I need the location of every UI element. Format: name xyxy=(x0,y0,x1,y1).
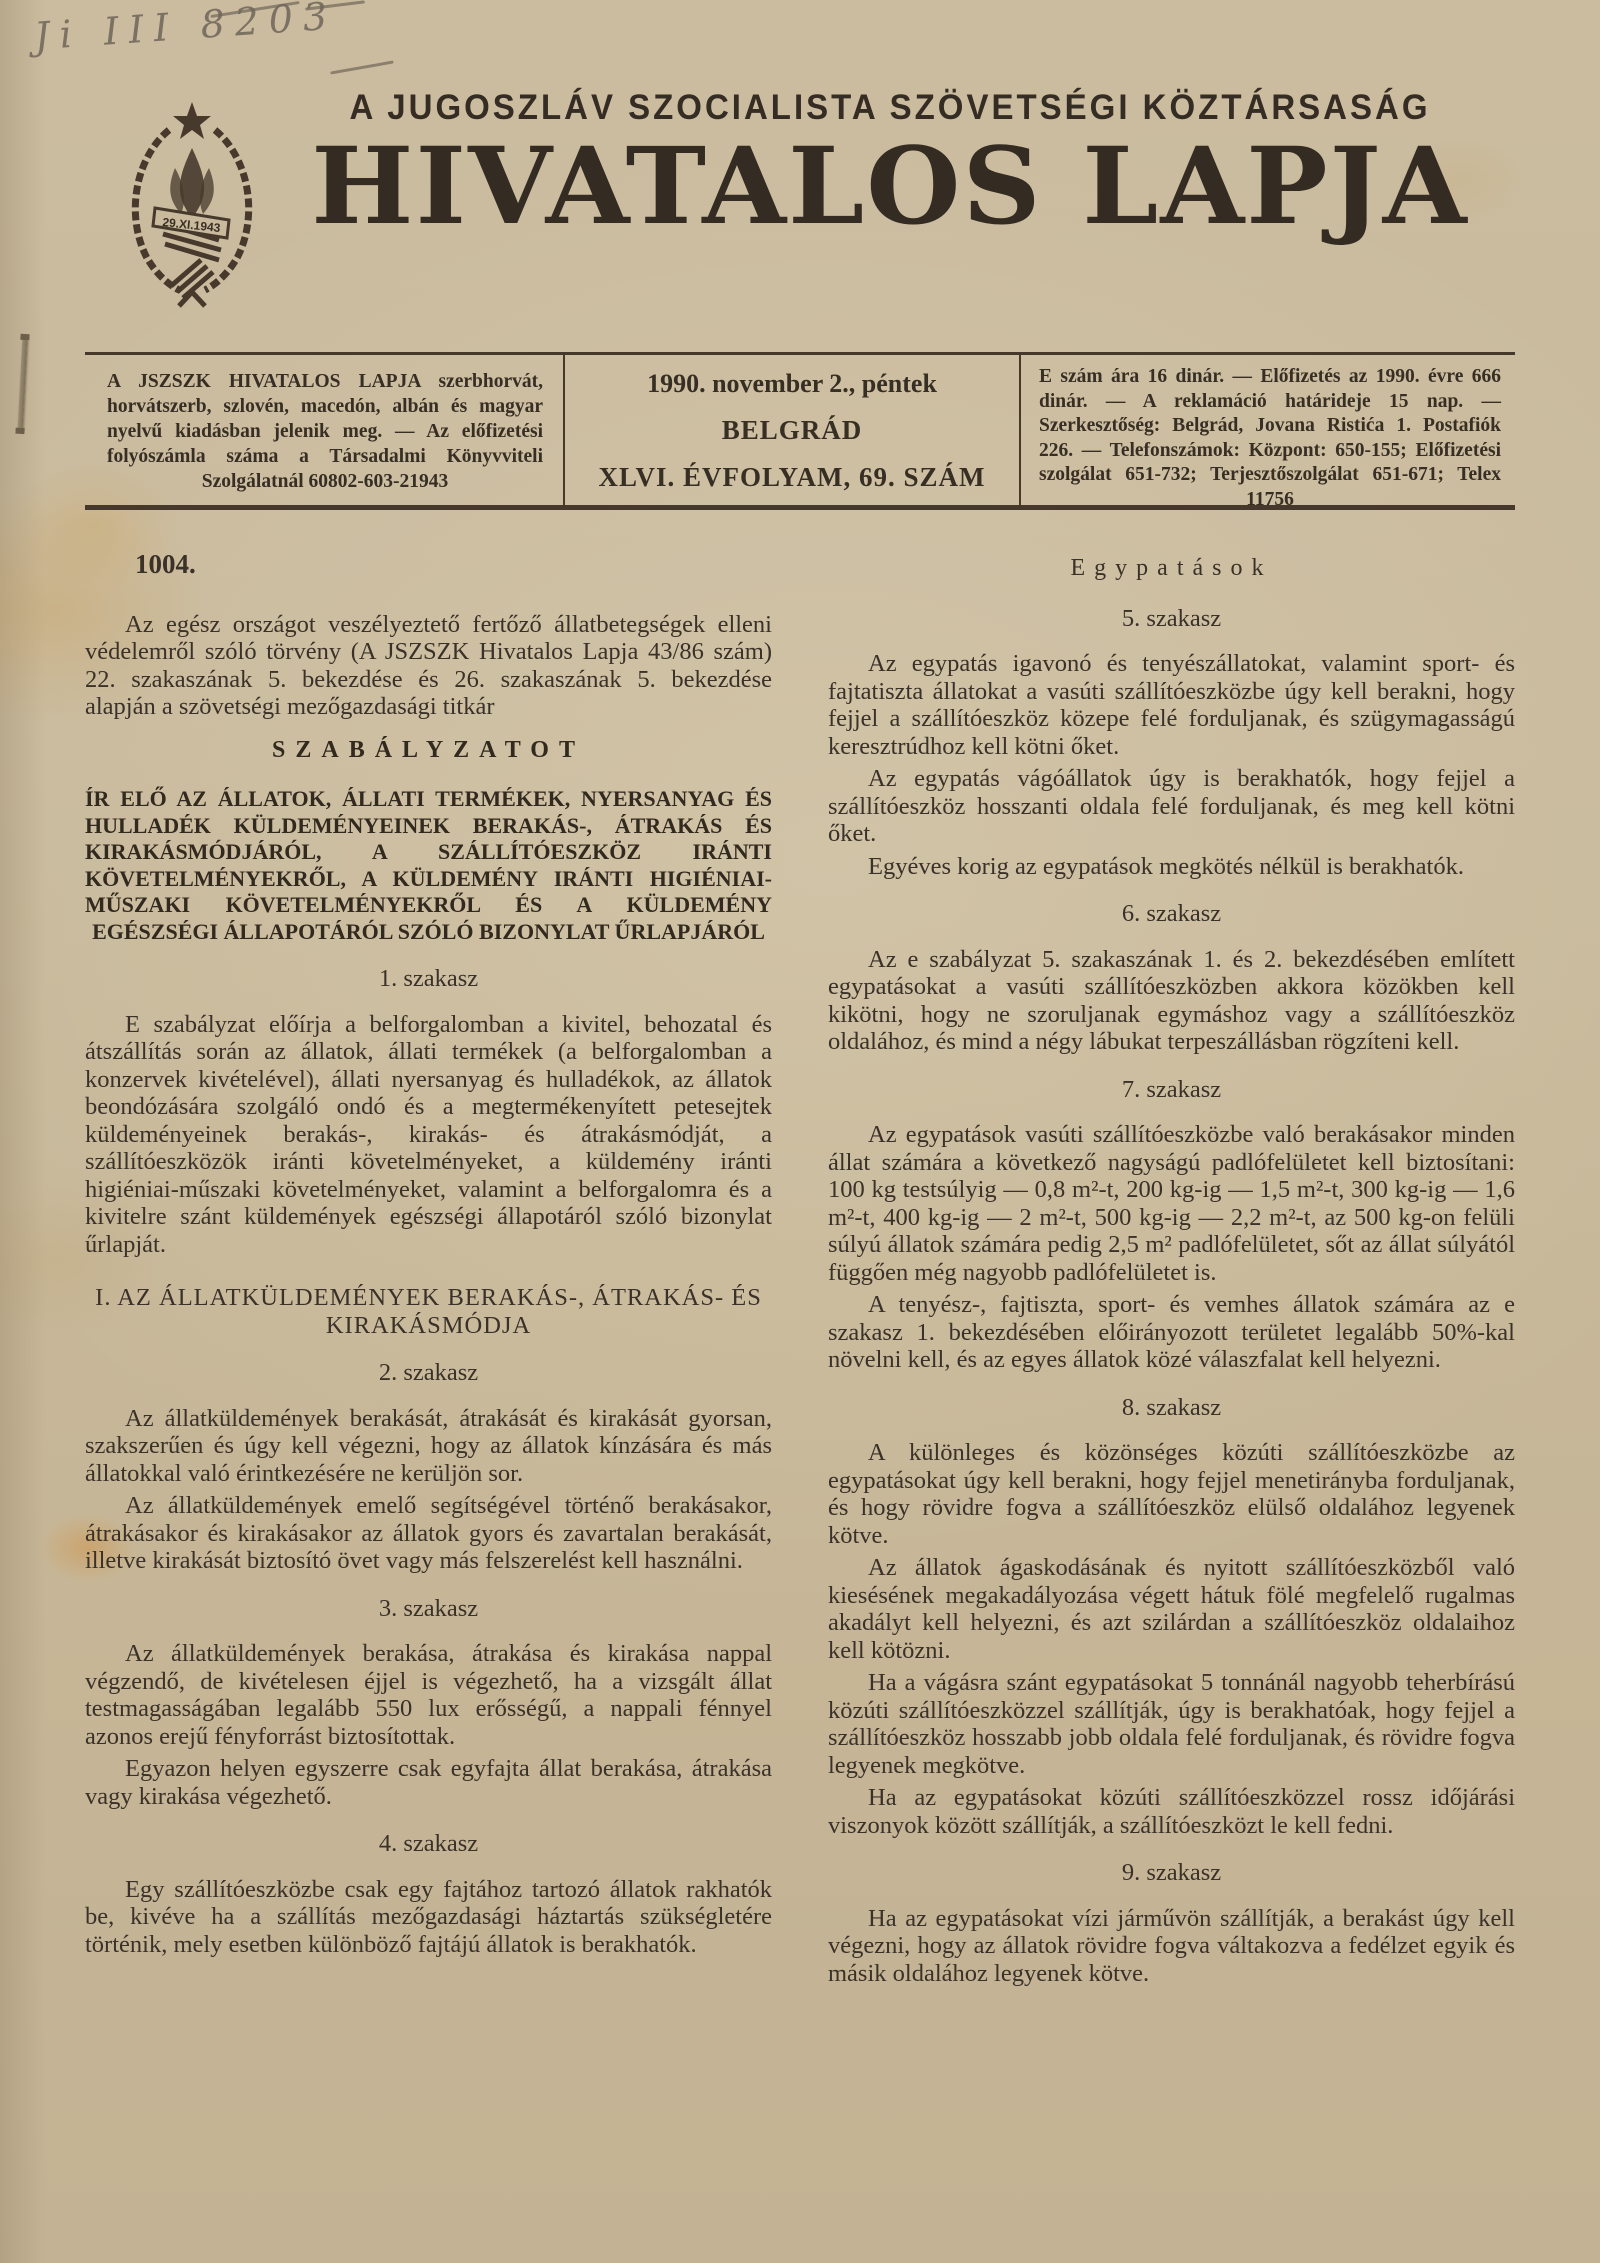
section-heading: 9. szakasz xyxy=(828,1859,1515,1887)
handwritten-annotation: Ji III 8203 xyxy=(33,0,339,59)
paragraph: Az állatküldemények berakása, átrakása é… xyxy=(85,1640,772,1750)
paragraph: Egyéves korig az egypatások megkötés nél… xyxy=(828,853,1515,881)
info-band: A JSZSZK HIVATALOS LAPJA szerbhorvát, ho… xyxy=(85,352,1515,510)
paragraph: Egy szállítóeszközbe csak egy fajtához t… xyxy=(85,1876,772,1959)
masthead-title: HIVATALOS LAPJA xyxy=(253,136,1528,236)
paragraph: Ha az egypatásokat közúti szállítóeszköz… xyxy=(828,1784,1515,1839)
masthead: 29.XI.1943 A JUGOSZLÁV SZOCIALISTA SZÖVE… xyxy=(85,88,1515,348)
paragraph: Az állatküldemények emelő segítségével t… xyxy=(85,1492,772,1575)
paragraph: Az egypatás igavonó és tenyészállatokat,… xyxy=(828,650,1515,760)
issue-info: 1990. november 2., péntek BELGRÁD XLVI. … xyxy=(565,355,1019,505)
issue-volume: XLVI. ÉVFOLYAM, 69. SZÁM xyxy=(565,462,1019,493)
chapter-heading: I. AZ ÁLLATKÜLDEMÉNYEK BERAKÁS-, ÁTRAKÁS… xyxy=(85,1284,772,1339)
section-heading: 4. szakasz xyxy=(85,1830,772,1858)
paragraph: Ha a vágásra szánt egypatásokat 5 tonnán… xyxy=(828,1669,1515,1779)
pencil-stroke xyxy=(330,60,394,74)
issue-date: 1990. november 2., péntek xyxy=(565,369,1019,399)
issue-city: BELGRÁD xyxy=(565,415,1019,446)
paragraph: Az egypatás vágóállatok úgy is berakható… xyxy=(828,765,1515,848)
act-title: ÍR ELŐ AZ ÁLLATOK, ÁLLATI TERMÉKEK, NYER… xyxy=(85,786,772,945)
staple xyxy=(16,338,31,430)
section-heading: 2. szakasz xyxy=(85,1359,772,1387)
subscription-info: E szám ára 16 dinár. — Előfizetés az 199… xyxy=(1021,355,1515,505)
section-heading: 7. szakasz xyxy=(828,1076,1515,1104)
paragraph: Az állatok ágaskodásának és nyitott szál… xyxy=(828,1554,1515,1664)
article-body: 1004.Az egész országot veszélyeztető fer… xyxy=(85,545,1515,1992)
spaced-heading: SZABÁLYZATOT xyxy=(85,737,772,765)
left-column: 1004.Az egész országot veszélyeztető fer… xyxy=(85,545,772,1992)
gazette-page: Ji III 8203 29.XI.1943 A JUGOSZLÁV SZOCI… xyxy=(0,0,1600,2263)
paragraph: Az egész országot veszélyeztető fertőző … xyxy=(85,611,772,721)
paragraph: Az egypatások vasúti szállítóeszközbe va… xyxy=(828,1121,1515,1286)
right-column: Egypatások5. szakaszAz egypatás igavonó … xyxy=(828,539,1515,1992)
section-heading: 1. szakasz xyxy=(85,965,772,993)
paragraph: Ha az egypatásokat vízi járművön szállít… xyxy=(828,1905,1515,1988)
paragraph: Az e szabályzat 5. szakaszának 1. és 2. … xyxy=(828,946,1515,1056)
paragraph: A különleges és közönséges közúti szállí… xyxy=(828,1439,1515,1549)
paragraph: Az állatküldemények berakását, átrakását… xyxy=(85,1405,772,1488)
spaced-heading: Egypatások xyxy=(828,555,1515,583)
paragraph: A tenyész-, fajtiszta, sport- és vemhes … xyxy=(828,1291,1515,1374)
section-heading: 5. szakasz xyxy=(828,605,1515,633)
article-number: 1004. xyxy=(135,551,772,579)
coat-of-arms-emblem: 29.XI.1943 xyxy=(117,96,267,324)
publication-languages-info: A JSZSZK HIVATALOS LAPJA szerbhorvát, ho… xyxy=(85,355,563,505)
section-heading: 8. szakasz xyxy=(828,1394,1515,1422)
paragraph: Egyazon helyen egyszerre csak egyfajta á… xyxy=(85,1755,772,1810)
section-heading: 3. szakasz xyxy=(85,1595,772,1623)
paragraph: E szabályzat előírja a belforgalomban a … xyxy=(85,1011,772,1259)
masthead-subtitle: A JUGOSZLÁV SZOCIALISTA SZÖVETSÉGI KÖZTÁ… xyxy=(265,86,1515,127)
section-heading: 6. szakasz xyxy=(828,900,1515,928)
